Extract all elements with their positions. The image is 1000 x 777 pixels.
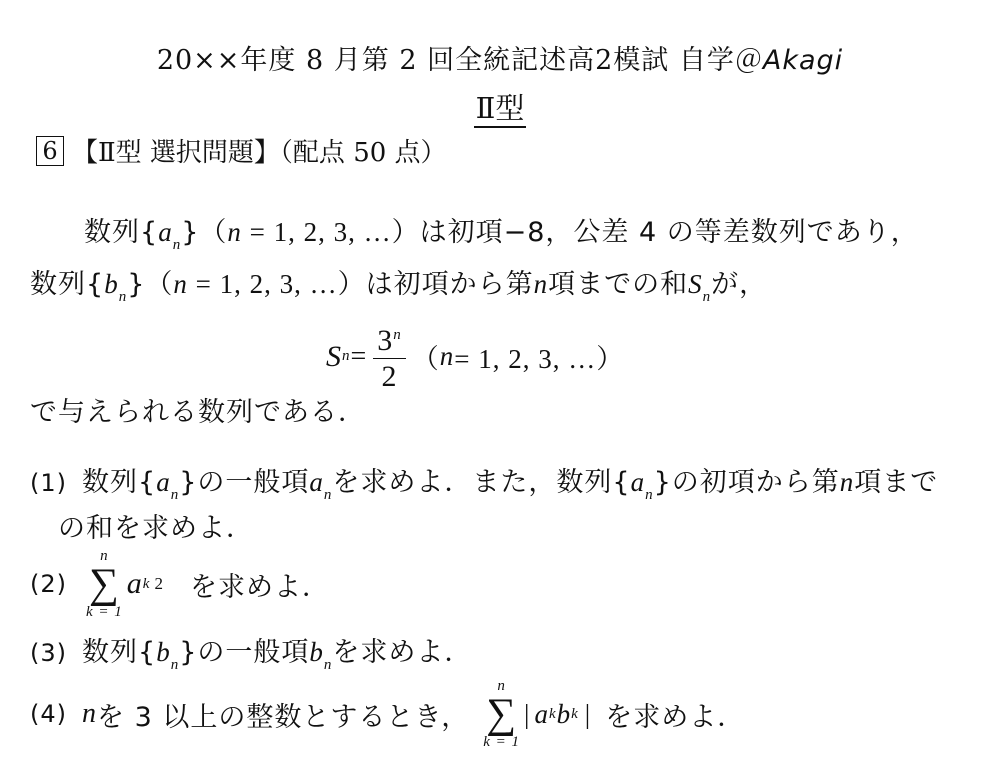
text: }の一般項 (179, 467, 309, 498)
text: は初項−8，公差 4 の等差数列であり， (420, 217, 919, 248)
num-base: 3 (377, 324, 393, 357)
text: }の一般項 (179, 637, 309, 668)
math-var: S (326, 340, 342, 374)
denominator: 2 (382, 359, 398, 395)
text: 数列{ (30, 269, 104, 300)
math-sub: n (173, 237, 182, 253)
question-1-cont: の和を求めよ． (58, 506, 254, 545)
math-sub: n (119, 289, 128, 305)
text: を求めよ． (332, 637, 472, 668)
text: }（ (181, 217, 227, 248)
question-label: (1) (30, 469, 82, 497)
summation: n ∑ k = 1 (86, 548, 123, 620)
question-1: (1)数列{an}の一般項anを求めよ．また，数列{an}の初項から第n項まで (30, 460, 938, 504)
math-var: b (309, 637, 324, 667)
exam-type-heading: Ⅱ型 (0, 86, 1000, 127)
question-label: (3) (30, 639, 82, 667)
math-sub: n (342, 348, 351, 365)
math-sub: k (571, 706, 579, 723)
math-var: a (158, 217, 173, 247)
math-range: = 1, 2, 3, …） (188, 269, 366, 299)
summation: n ∑ k = 1 (483, 678, 520, 750)
sigma-icon: ∑ (89, 564, 120, 604)
text: 数列{ (82, 637, 156, 668)
text: 項まで (854, 467, 938, 498)
problem-header-text: 【Ⅱ型 選択問題】（配点 50 点） (72, 132, 447, 169)
math-sub: k (143, 576, 151, 593)
question-label: (4) (30, 700, 82, 728)
math-range: = 1, 2, 3, …） (454, 337, 624, 376)
text: }（ (127, 269, 173, 300)
sum-lower-limit: k = 1 (483, 734, 520, 750)
math-range: = 1, 2, 3, …） (242, 217, 420, 247)
text: は初項から第 (366, 269, 534, 300)
intro-line-3: で与えられる数列である． (30, 390, 366, 429)
sum-lower-limit: k = 1 (86, 604, 123, 620)
text: を求めよ． (605, 695, 745, 734)
text: （ (412, 337, 440, 376)
abs-bar: | (524, 699, 530, 730)
math-var: n (840, 467, 855, 497)
math-var: b (104, 269, 119, 299)
text: が， (711, 269, 767, 300)
math-var: a (309, 467, 324, 497)
math-var: n (534, 269, 549, 299)
text: を求めよ． (190, 565, 330, 604)
math-var: b (156, 637, 171, 667)
math-var: a (156, 467, 171, 497)
sum-formula: Sn = 3n 2 （n = 1, 2, 3, …） (326, 318, 624, 395)
math-sub: n (171, 487, 180, 503)
numerator: 3n (373, 318, 406, 359)
num-exp: n (393, 327, 402, 343)
math-var: n (440, 341, 455, 372)
math-var: n (82, 698, 97, 730)
math-exp: 2 (154, 574, 164, 594)
problem-number-box: 6 (36, 136, 64, 166)
math-sub: n (171, 657, 180, 673)
math-sub: k (549, 706, 557, 723)
title-signature: Akagi (763, 45, 843, 76)
question-3: (3)数列{bn}の一般項bnを求めよ． (30, 630, 472, 674)
math-var: S (688, 269, 703, 299)
question-4: (4) n を 3 以上の整数とするとき， n ∑ k = 1 | akbk |… (30, 678, 745, 750)
question-2: (2) n ∑ k = 1 ak2 を求めよ． (30, 548, 330, 620)
math-var: n (173, 269, 188, 299)
intro-line-1: 数列{an}（n = 1, 2, 3, …）は初項−8，公差 4 の等差数列であ… (84, 210, 919, 254)
math-var: a (534, 699, 549, 730)
math-var: a (127, 567, 143, 601)
equals-sign: = (351, 341, 368, 373)
text: を求めよ．また，数列{ (332, 467, 630, 498)
text: 数列{ (84, 217, 158, 248)
sigma-icon: ∑ (486, 694, 517, 734)
math-sub: n (645, 487, 654, 503)
math-var: n (227, 217, 242, 247)
exam-type-label: Ⅱ型 (474, 91, 527, 128)
abs-bar: | (585, 699, 591, 730)
math-var: a (631, 467, 646, 497)
text: }の初項から第 (654, 467, 840, 498)
text: を 3 以上の整数とするとき， (97, 695, 469, 734)
math-sub: n (703, 289, 712, 305)
document-title: 20××年度 8 月第 2 回全統記述高2模試 自学＠Akagi (0, 38, 1000, 77)
text: 項までの和 (548, 269, 688, 300)
question-label: (2) (30, 570, 82, 598)
problem-header: 6 【Ⅱ型 選択問題】（配点 50 点） (36, 132, 447, 169)
text: 数列{ (82, 467, 156, 498)
fraction: 3n 2 (373, 318, 406, 395)
intro-line-2: 数列{bn}（n = 1, 2, 3, …）は初項から第n項までの和Snが， (30, 262, 767, 306)
title-main: 20××年度 8 月第 2 回全統記述高2模試 自学＠ (157, 45, 763, 76)
math-var: b (557, 699, 572, 730)
